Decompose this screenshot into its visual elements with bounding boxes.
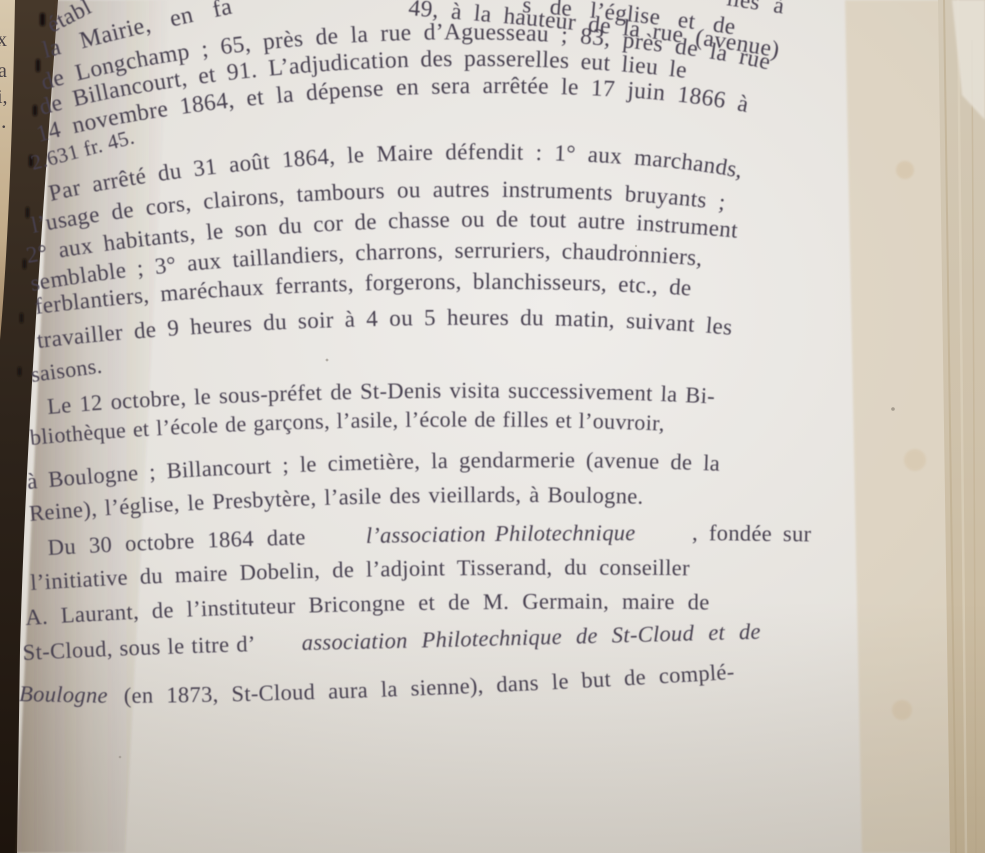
facing-page-margin-letters: x a i, . [0,29,8,133]
text-line-18-roman2: , fondée sur [692,520,812,546]
foxing-spot [904,449,926,471]
text-line-22-run: Boulogne [19,681,108,708]
margin-letter: i, [0,86,8,108]
margin-letter: . [1,108,7,133]
book-page-photo: x a i, . lles à établ s de l’église et d… [0,0,985,853]
text-line-22-italic: Boulogne [19,681,108,708]
foxing-spot [896,161,914,179]
margin-letter: x [0,29,7,51]
margin-letter: a [0,60,7,82]
text-line-18b-run: l’association Philotechnique [366,520,636,548]
text-line-18-italic: l’association Philotechnique [366,520,636,548]
text-line-18c-run: , fondée sur [692,520,812,546]
